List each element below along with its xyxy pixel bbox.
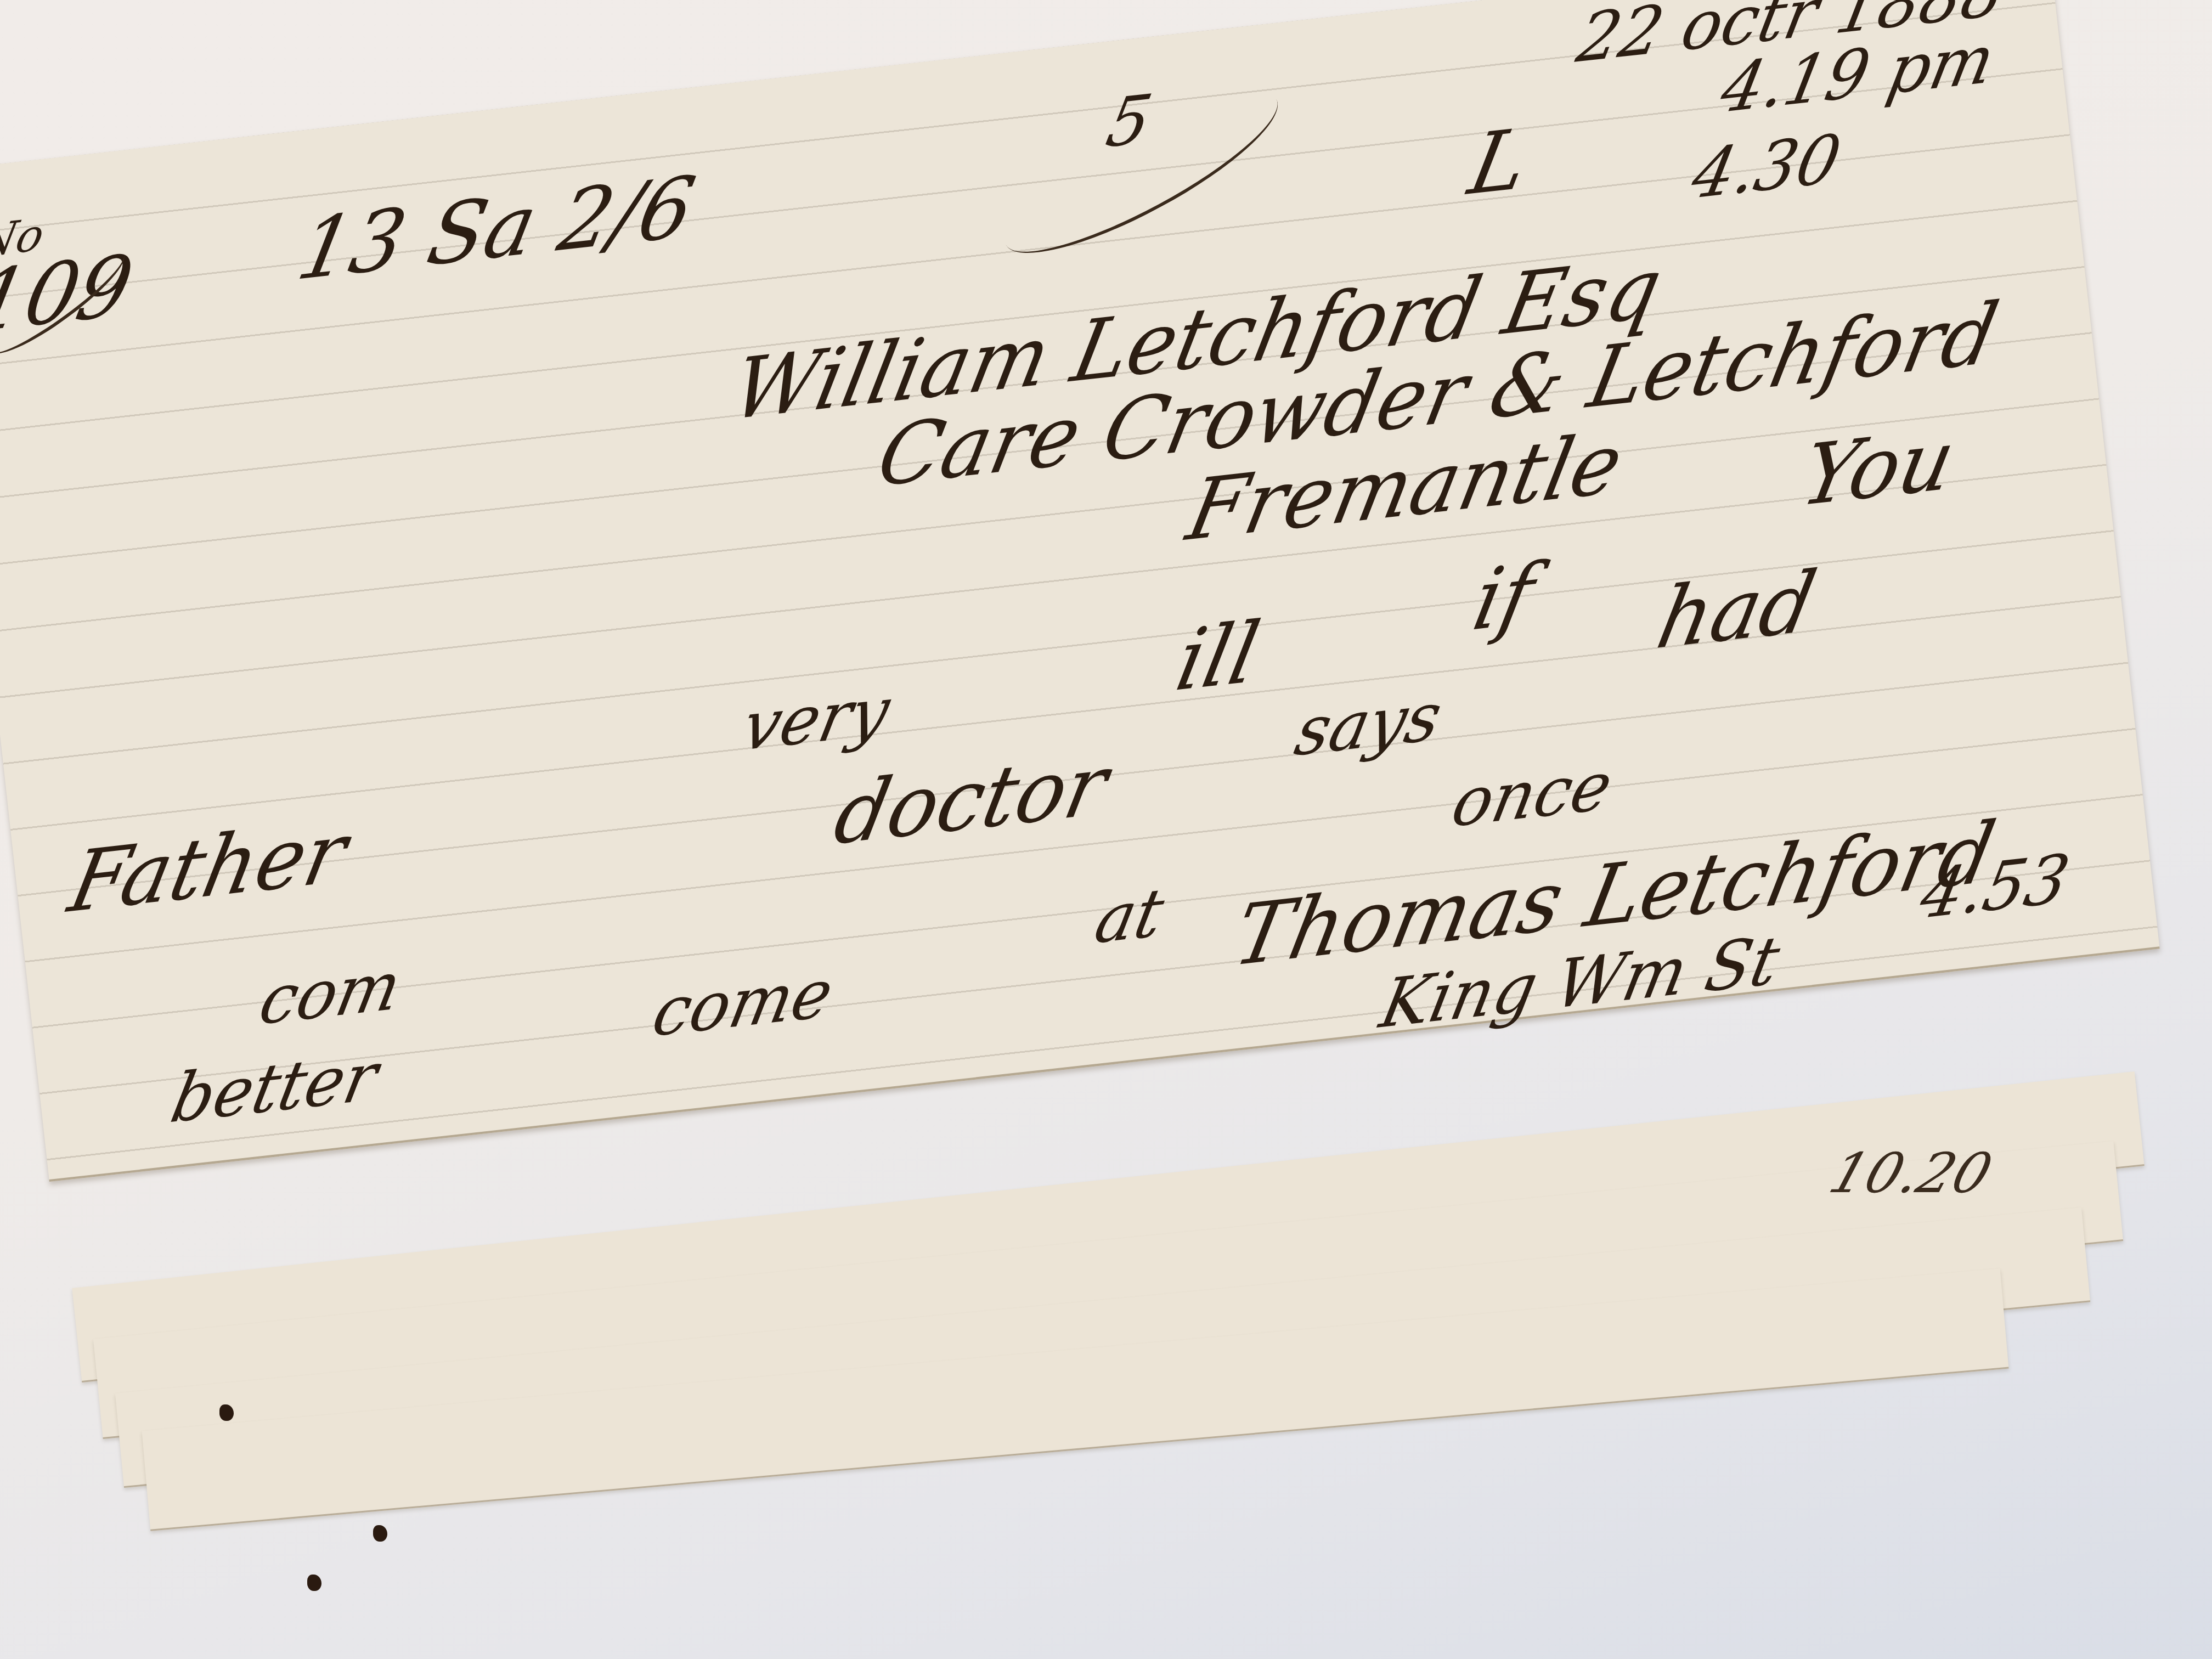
underlying-form-time: 10.20: [1822, 1141, 2000, 1205]
mark-L: L: [1462, 110, 1536, 215]
message-word: had: [1650, 553, 1824, 668]
message-word: com: [253, 947, 407, 1041]
ink-stain: [219, 1404, 234, 1421]
ink-stain: [307, 1575, 321, 1591]
message-word: You: [1794, 411, 1963, 526]
message-word: very: [736, 672, 896, 766]
message-word: once: [1446, 747, 1619, 843]
time-received: 4.30: [1685, 120, 1847, 215]
telegram-form: No 109 13 Sa 2/6 5 L 22 octr 1888 4.19 p…: [0, 0, 2160, 1182]
message-word: ill: [1169, 603, 1267, 710]
message-word: better: [165, 1037, 384, 1138]
message-word: doctor: [827, 736, 1116, 864]
message-word: says: [1289, 678, 1448, 772]
message-word: if: [1465, 545, 1542, 650]
message-word: at: [1088, 873, 1170, 959]
ink-stain: [373, 1525, 387, 1542]
message-word: Father: [61, 804, 355, 932]
message-word: come: [646, 954, 839, 1052]
words-code: 13 Sa 2/6: [290, 158, 703, 300]
